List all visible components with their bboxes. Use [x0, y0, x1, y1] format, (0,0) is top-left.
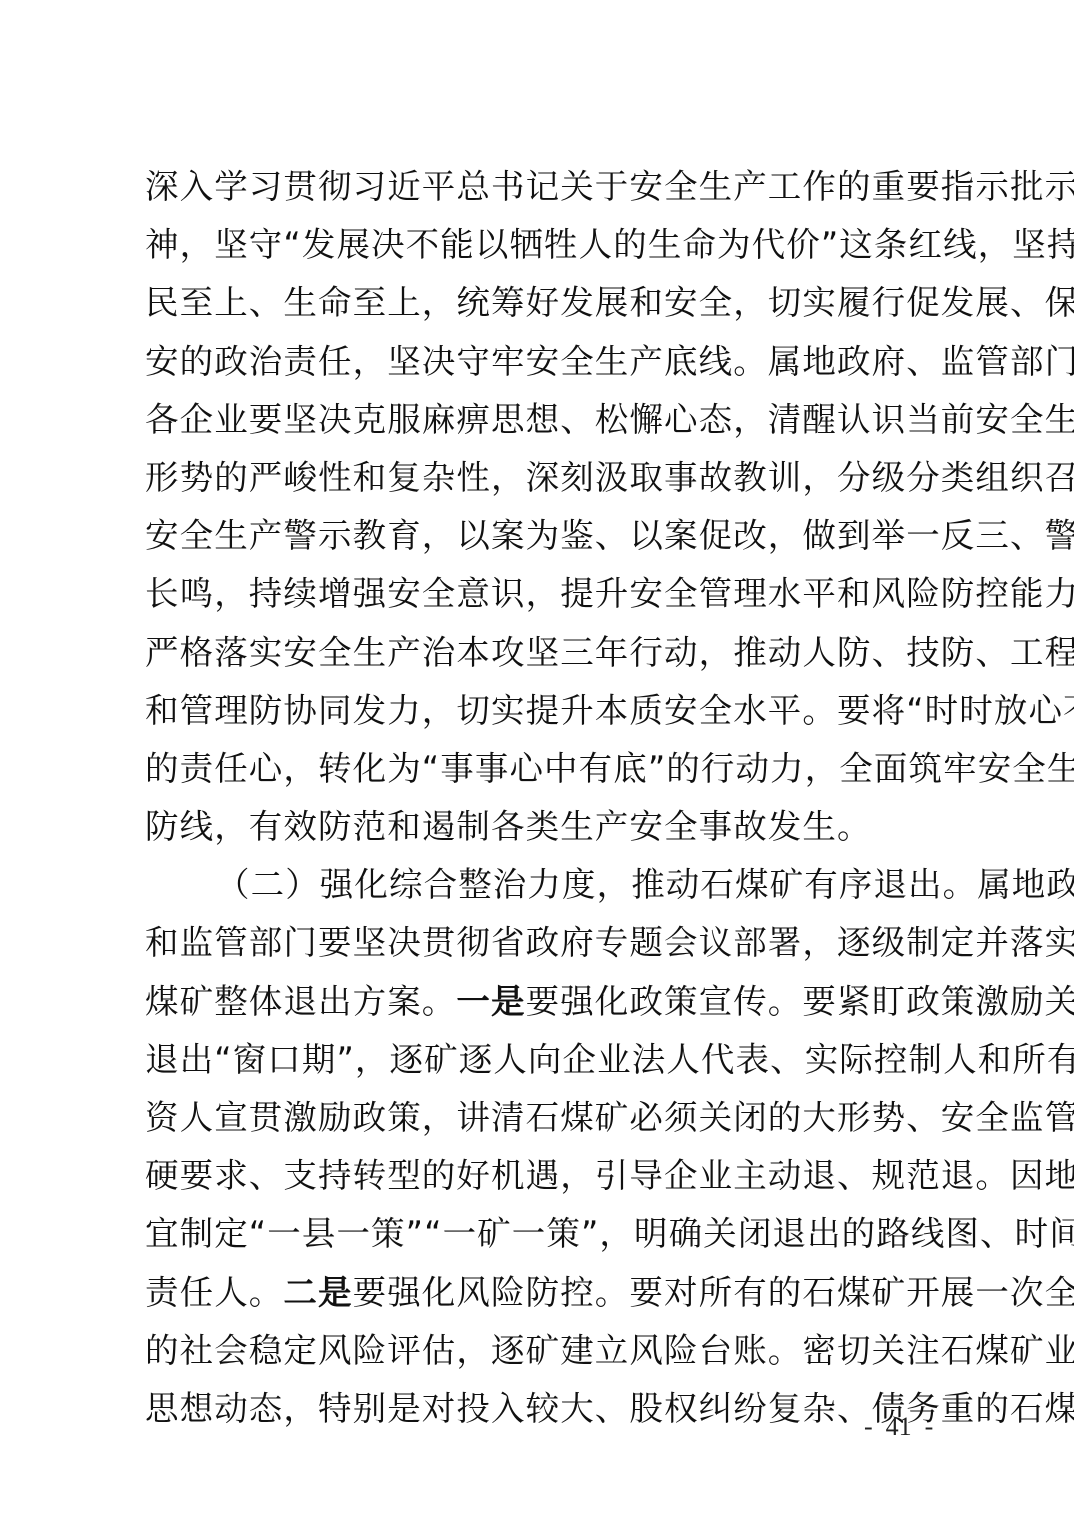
text-line: 和监管部门要坚决贯彻省政府专题会议部署，逐级制定并落实石: [145, 914, 935, 972]
page-number: - 41 -: [864, 1412, 933, 1442]
text-segment: 和管理防协同发力，切实提升本质安全水平。要将“时时放心不下”: [145, 691, 1074, 730]
text-segment: 煤矿整体退出方案。: [145, 982, 456, 1021]
text-line: 退出“窗口期”，逐矿逐人向企业法人代表、实际控制人和所有投: [145, 1031, 935, 1089]
text-line: 资人宣贯激励政策，讲清石煤矿必须关闭的大形势、安全监管的: [145, 1089, 935, 1147]
text-segment: 资人宣贯激励政策，讲清石煤矿必须关闭的大形势、安全监管的: [145, 1098, 1074, 1137]
text-segment: 的社会稳定风险评估，逐矿建立风险台账。密切关注石煤矿业主: [145, 1331, 1074, 1370]
text-line: 安的政治责任，坚决守牢安全生产底线。属地政府、监管部门及: [145, 333, 935, 391]
text-line: 硬要求、支持转型的好机遇，引导企业主动退、规范退。因地制: [145, 1147, 935, 1205]
text-segment: 形势的严峻性和复杂性，深刻汲取事故教训，分级分类组织召开: [145, 458, 1074, 497]
text-segment: 安全生产警示教育，以案为鉴、以案促改，做到举一反三、警钟: [145, 516, 1074, 555]
text-segment: 防线，有效防范和遏制各类生产安全事故发生。: [145, 807, 872, 846]
bold-emphasis: 二是: [283, 1273, 352, 1312]
text-segment: 安的政治责任，坚决守牢安全生产底线。属地政府、监管部门及: [145, 342, 1074, 381]
text-line: 安全生产警示教育，以案为鉴、以案促改，做到举一反三、警钟: [145, 507, 935, 565]
text-segment: 要强化政策宣传。要紧盯政策激励关闭: [526, 982, 1074, 1021]
text-line: 严格落实安全生产治本攻坚三年行动，推动人防、技防、工程防: [145, 624, 935, 682]
text-segment: （二）强化综合整治力度，推动石煤矿有序退出。属地政府: [216, 865, 1074, 904]
text-line: 宜制定“一县一策”“一矿一策”，明确关闭退出的路线图、时间表和: [145, 1205, 935, 1263]
text-line: 的社会稳定风险评估，逐矿建立风险台账。密切关注石煤矿业主: [145, 1322, 935, 1380]
text-segment: 思想动态，特别是对投入较大、股权纠纷复杂、债务重的石煤矿: [145, 1389, 1074, 1428]
text-line: 的责任心，转化为“事事心中有底”的行动力，全面筑牢安全生产: [145, 740, 935, 798]
body-text: 深入学习贯彻习近平总书记关于安全生产工作的重要指示批示精神，坚守“发展决不能以牺…: [145, 158, 935, 1438]
text-segment: 的责任心，转化为“事事心中有底”的行动力，全面筑牢安全生产: [145, 749, 1074, 788]
text-line: 防线，有效防范和遏制各类生产安全事故发生。: [145, 798, 935, 856]
bold-emphasis: 一是: [456, 982, 525, 1021]
text-segment: 民至上、生命至上，统筹好发展和安全，切实履行促发展、保平: [145, 283, 1074, 322]
text-line: 思想动态，特别是对投入较大、股权纠纷复杂、债务重的石煤矿: [145, 1380, 935, 1438]
text-segment: 严格落实安全生产治本攻坚三年行动，推动人防、技防、工程防: [145, 633, 1074, 672]
text-line: 各企业要坚决克服麻痹思想、松懈心态，清醒认识当前安全生产: [145, 391, 935, 449]
text-segment: 神，坚守“发展决不能以牺牲人的生命为代价”这条红线，坚持人: [145, 225, 1074, 264]
text-line: 煤矿整体退出方案。一是要强化政策宣传。要紧盯政策激励关闭: [145, 973, 935, 1031]
document-page: 深入学习贯彻习近平总书记关于安全生产工作的重要指示批示精神，坚守“发展决不能以牺…: [0, 0, 1074, 1518]
text-line: 神，坚守“发展决不能以牺牲人的生命为代价”这条红线，坚持人: [145, 216, 935, 274]
text-segment: 退出“窗口期”，逐矿逐人向企业法人代表、实际控制人和所有投: [145, 1040, 1074, 1079]
text-segment: 深入学习贯彻习近平总书记关于安全生产工作的重要指示批示精: [145, 167, 1074, 206]
text-segment: 责任人。: [145, 1273, 283, 1312]
text-segment: 要强化风险防控。要对所有的石煤矿开展一次全面: [353, 1273, 1074, 1312]
text-line: 责任人。二是要强化风险防控。要对所有的石煤矿开展一次全面: [145, 1264, 935, 1322]
text-segment: 和监管部门要坚决贯彻省政府专题会议部署，逐级制定并落实石: [145, 923, 1074, 962]
text-segment: 硬要求、支持转型的好机遇，引导企业主动退、规范退。因地制: [145, 1156, 1074, 1195]
text-line: 深入学习贯彻习近平总书记关于安全生产工作的重要指示批示精: [145, 158, 935, 216]
text-line: 和管理防协同发力，切实提升本质安全水平。要将“时时放心不下”: [145, 682, 935, 740]
text-line: 长鸣，持续增强安全意识，提升安全管理水平和风险防控能力，: [145, 565, 935, 623]
text-line: （二）强化综合整治力度，推动石煤矿有序退出。属地政府: [145, 856, 935, 914]
text-line: 民至上、生命至上，统筹好发展和安全，切实履行促发展、保平: [145, 274, 935, 332]
text-segment: 各企业要坚决克服麻痹思想、松懈心态，清醒认识当前安全生产: [145, 400, 1074, 439]
text-segment: 宜制定“一县一策”“一矿一策”，明确关闭退出的路线图、时间表和: [145, 1214, 1074, 1253]
text-segment: 长鸣，持续增强安全意识，提升安全管理水平和风险防控能力，: [145, 574, 1074, 613]
text-line: 形势的严峻性和复杂性，深刻汲取事故教训，分级分类组织召开: [145, 449, 935, 507]
